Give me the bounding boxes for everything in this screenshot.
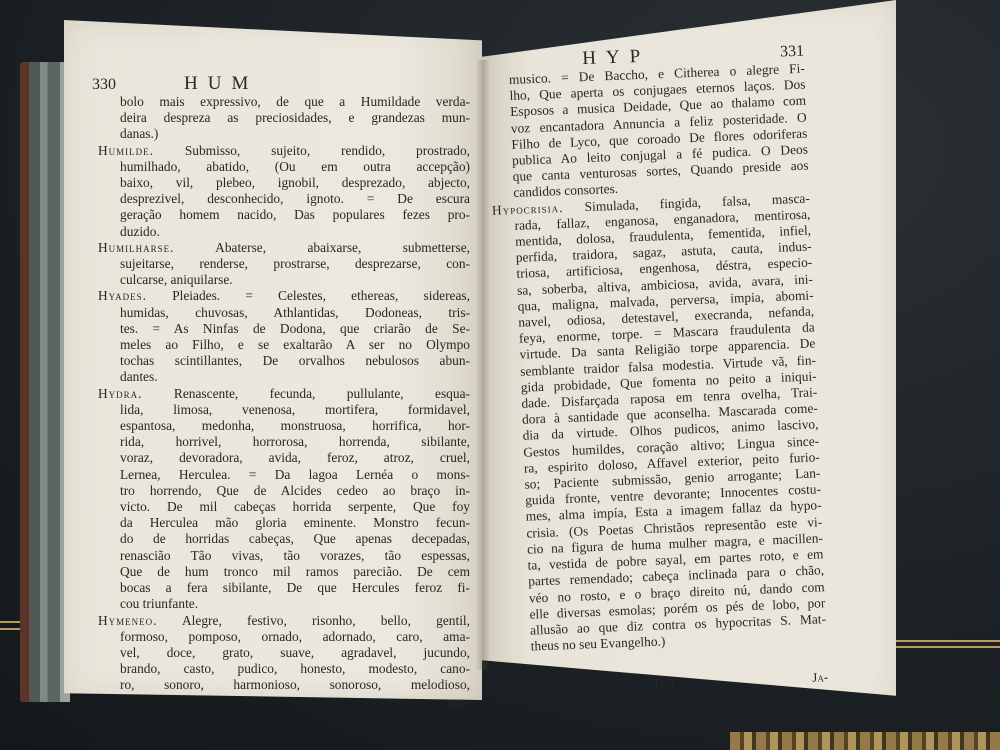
entry-humilde: Humilde. Submisso, sujeito, rendido, pro…: [120, 143, 470, 240]
text-line: deira despreza as preciosidades, e grand…: [120, 110, 470, 126]
entry-humilharse: Humilharse. Abaterse, abaixarse, submett…: [120, 240, 470, 289]
right-page-text: HYP 331 musico. = De Baccho, e Citherea …: [508, 43, 828, 697]
entry-continuation: musico. = De Baccho, e Citherea o alegre…: [509, 61, 810, 202]
text-line: duzido.: [120, 224, 470, 240]
text-line: baixo, vil, plebeo, ignobil, desprezado,…: [120, 175, 470, 191]
text-line: geração homem nacido, Das populares feze…: [120, 207, 470, 223]
headword: Hydra.: [98, 386, 143, 401]
book-gutter: [476, 60, 490, 670]
text-line: tochas scintillantes, De orvalhos nebulo…: [120, 353, 470, 369]
headword: Humilharse.: [98, 240, 175, 255]
gilt-rule-right: [896, 640, 1000, 642]
text-line: meles ao Filho, e se exaltarão A ser no …: [120, 337, 470, 353]
text-line: lida, limosa, venenosa, mortifera, formi…: [120, 402, 470, 418]
entry-continuation: bolo mais expressivo, de que a Humildade…: [120, 94, 470, 143]
text-line: Abaterse, abaixarse, submetterse,: [215, 240, 470, 255]
running-head-left: 330 HUM: [120, 76, 470, 94]
text-line: Renascente, fecunda, pullulante, esqua-: [174, 386, 470, 401]
text-line: humidas, chuvosas, Athlantidas, Dodoneas…: [120, 305, 470, 321]
headword: Hypocrisia.: [492, 200, 564, 218]
headword: Humilde.: [98, 143, 154, 158]
text-line: brando, casto, pudico, honesto, modesto,…: [120, 661, 470, 677]
gilt-ornamental-border: [730, 732, 1000, 750]
headword: Hyades.: [98, 288, 147, 303]
text-line: danas.): [120, 126, 470, 142]
text-line: cou triunfante.: [120, 596, 470, 612]
catchword: mu-: [120, 694, 470, 710]
entry-hymeneo: Hymeneo. Alegre, festivo, risonho, bello…: [120, 613, 470, 710]
page-number: 331: [780, 44, 805, 61]
text-line: espantosa, medonha, monstruosa, horrific…: [120, 418, 470, 434]
text-line: victo. De mil cabeças horrida serpente, …: [120, 499, 470, 515]
running-head-word: HUM: [184, 76, 258, 92]
text-line: voraz, devoradora, avida, feroz, atroz, …: [120, 450, 470, 466]
entry-hypocrisia: Hypocrisia. Simulada, fingida, falsa, ma…: [514, 190, 827, 655]
text-line: culcarse, aniquilarse.: [120, 272, 470, 288]
text-line: desprezivel, desconhecido, ignoto. = De …: [120, 191, 470, 207]
entry-hyades: Hyades. Pleiades. = Celestes, ethereas, …: [120, 288, 470, 385]
text-line: Que de hum tronco mil ramos parecião. De…: [120, 564, 470, 580]
text-line: Submisso, sujeito, rendido, prostrado,: [185, 143, 470, 158]
text-line: do de horridas cabeças, Que apenas decep…: [120, 531, 470, 547]
text-line: bolo mais expressivo, de que a Humildade…: [120, 94, 470, 110]
text-line: Alegre, festivo, risonho, bello, gentil,: [182, 613, 470, 628]
book-page-edges: [20, 62, 70, 702]
text-line: bocas a fera sibilante, De que Hercules …: [120, 580, 470, 596]
gilt-rule-right-2: [896, 646, 1000, 648]
text-line: renascião Tão vivas, tão vorazes, tão es…: [120, 548, 470, 564]
text-line: humilhado, abatido, (Ou em outra accepçã…: [120, 159, 470, 175]
text-line: Lernea, Herculea. = Da lagoa Lernéa o mo…: [120, 467, 470, 483]
catchword: Ja-: [812, 669, 829, 686]
running-head-word: HYP: [582, 49, 651, 68]
entry-hydra: Hydra. Renascente, fecunda, pullulante, …: [120, 386, 470, 613]
text-line: Pleiades. = Celestes, ethereas, sidereas…: [172, 288, 470, 303]
text-line: dantes.: [120, 369, 470, 385]
signature-mark: Tt ii: [652, 675, 675, 692]
left-page-text: 330 HUM bolo mais expressivo, de que a H…: [120, 76, 470, 710]
text-line: rida, horrivel, horrorosa, horrenda, sib…: [120, 434, 470, 450]
text-line: ro, sonoro, harmonioso, sonoroso, melodi…: [120, 677, 470, 693]
text-line: sujeitarse, renderse, prostrarse, despre…: [120, 256, 470, 272]
text-line: vel, doce, grato, suave, agradavel, jucu…: [120, 645, 470, 661]
page-number: 330: [92, 77, 116, 93]
text-line: tes. = As Ninfas de Dodona, que criarão …: [120, 321, 470, 337]
text-line: da Herculea mão gloria eminente. Monstro…: [120, 515, 470, 531]
text-line: formoso, pomposo, ornado, adornado, caro…: [120, 629, 470, 645]
text-line: tro horrendo, Que de Alcides cedeo ao br…: [120, 483, 470, 499]
headword: Hymeneo.: [98, 613, 158, 628]
